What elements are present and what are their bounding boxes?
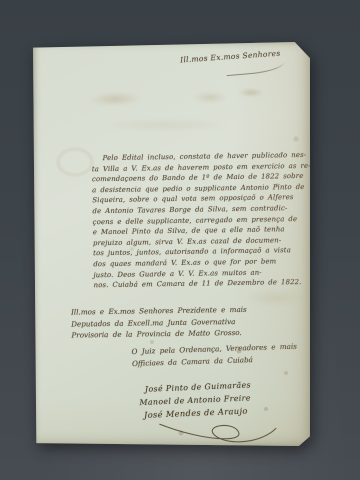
addressee-line: Provisoria de la Provincia de Matto Gros… (71, 327, 247, 341)
document-photo: Ill.mos Ex.mos Senhores Pelo Edital incl… (0, 0, 360, 480)
signature-block: José Pinto de Guimarães Manoel de Antoni… (145, 378, 253, 421)
letter-body: Pelo Edital incluso, constata de haver p… (92, 150, 308, 291)
handwritten-content: Ill.mos Ex.mos Senhores Pelo Edital incl… (30, 40, 313, 448)
heading-inscription: Ill.mos Ex.mos Senhores (180, 49, 281, 65)
handwriting-line: nos. Cuiabá em Camara de 11 de Dezembro … (94, 277, 308, 291)
photo-background: { "photo": { "background_color": "#3d444… (0, 0, 360, 480)
signature-flourish (154, 418, 284, 450)
heading-flourish (226, 62, 285, 76)
addressee-block: Ill.mos e Ex.mos Senhores Prezidente e m… (71, 304, 247, 342)
document-paper: Ill.mos Ex.mos Senhores Pelo Edital incl… (33, 42, 310, 446)
foxing-spots (33, 42, 35, 44)
subscription-block: O Juiz pela Ordenança, Vereadores e mais… (131, 341, 297, 369)
